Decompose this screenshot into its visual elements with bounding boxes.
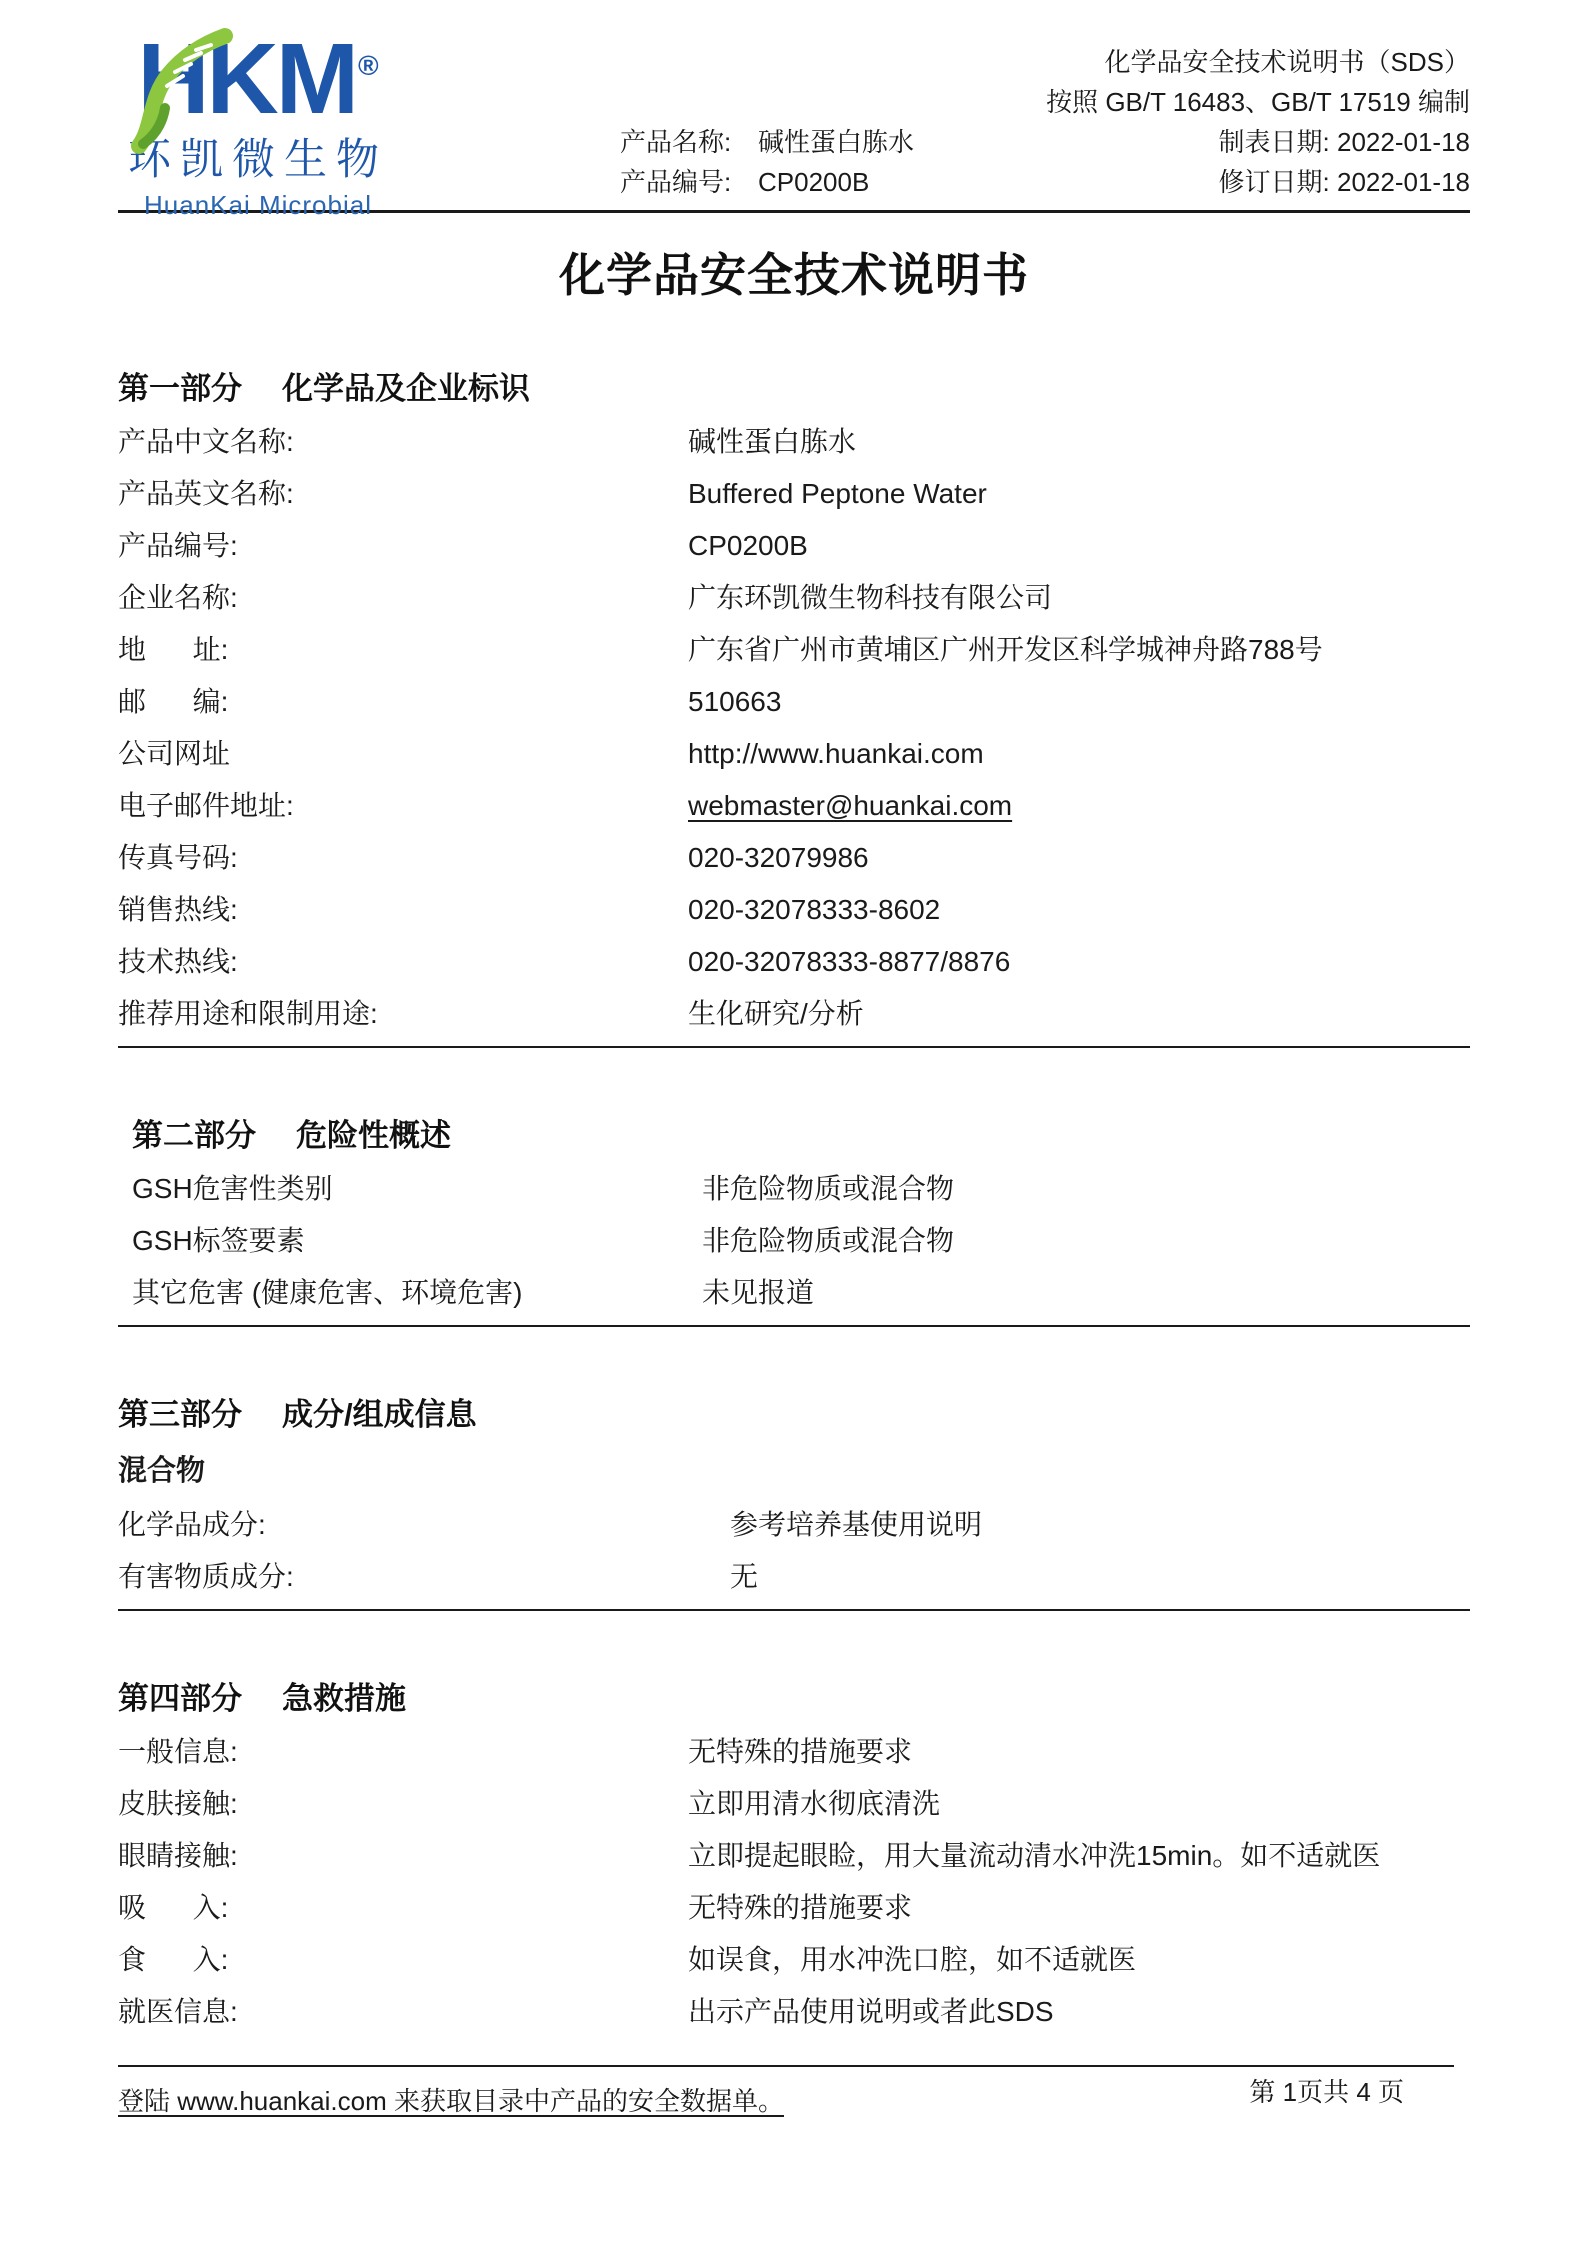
section-1-part: 第一部分: [118, 363, 242, 408]
field-label: 推荐用途和限制用途:: [118, 1000, 688, 1028]
product-code-value: CP0200B: [758, 162, 914, 202]
field-label: 地 址:: [118, 636, 688, 664]
field-row: 产品中文名称:碱性蛋白胨水: [118, 416, 1470, 468]
section-identification: 第一部分 化学品及企业标识 产品中文名称:碱性蛋白胨水 产品英文名称:Buffe…: [118, 363, 1470, 1048]
section-3-rows: 化学品成分:参考培养基使用说明 有害物质成分:无: [118, 1499, 1470, 1603]
section-3-title: 成分/组成信息: [282, 1389, 477, 1434]
field-row: 眼睛接触:立即提起眼睑，用大量流动清水冲洗15min。如不适就医: [118, 1830, 1470, 1882]
email-link[interactable]: webmaster@huankai.com: [688, 792, 1470, 820]
field-value: 020-32078333-8877/8876: [688, 948, 1470, 976]
field-value: 立即用清水彻底清洗: [688, 1790, 1470, 1818]
section-1-rows: 产品中文名称:碱性蛋白胨水 产品英文名称:Buffered Peptone Wa…: [118, 416, 1470, 1040]
section-2-heading: 第二部分 危险性概述: [132, 1110, 1470, 1155]
field-label: GSH危害性类别: [132, 1175, 702, 1203]
field-label: 眼睛接触:: [118, 1842, 688, 1870]
field-row: GSH标签要素非危险物质或混合物: [132, 1215, 1470, 1267]
field-label: 企业名称:: [118, 584, 688, 612]
field-row: 化学品成分:参考培养基使用说明: [118, 1499, 1470, 1551]
logo-cn-name: 环凯微生物: [108, 126, 408, 187]
field-value: 参考培养基使用说明: [730, 1511, 1470, 1539]
created-date: 制表日期: 2022-01-18: [1046, 122, 1470, 162]
logo-en-name: HuanKai Microbial: [108, 190, 408, 221]
field-value: Buffered Peptone Water: [688, 480, 1470, 508]
field-value: 立即提起眼睑，用大量流动清水冲洗15min。如不适就医: [688, 1842, 1470, 1870]
section-2-part: 第二部分: [132, 1110, 256, 1155]
section-divider: [118, 1046, 1470, 1048]
registered-mark-icon: ®: [358, 50, 379, 81]
field-label: 公司网址: [118, 740, 688, 768]
field-row: 吸 入:无特殊的措施要求: [118, 1882, 1470, 1934]
section-3-part: 第三部分: [118, 1389, 242, 1434]
field-label: 销售热线:: [118, 896, 688, 924]
section-4-rows: 一般信息:无特殊的措施要求 皮肤接触:立即用清水彻底清洗 眼睛接触:立即提起眼睑…: [118, 1726, 1470, 2038]
field-value: 510663: [688, 688, 1470, 716]
logo-text: HKM: [137, 23, 356, 135]
section-hazards: 第二部分 危险性概述 GSH危害性类别非危险物质或混合物 GSH标签要素非危险物…: [118, 1110, 1470, 1327]
field-row: 传真号码:020-32079986: [118, 832, 1470, 884]
field-row: 食 入:如误食，用水冲洗口腔，如不适就医: [118, 1934, 1470, 1986]
section-divider: [118, 1609, 1470, 1611]
section-1-heading: 第一部分 化学品及企业标识: [118, 363, 1470, 408]
field-row: 皮肤接触:立即用清水彻底清洗: [118, 1778, 1470, 1830]
section-3-heading: 第三部分 成分/组成信息: [118, 1389, 1470, 1434]
field-label: 化学品成分:: [118, 1511, 730, 1539]
field-label: 产品英文名称:: [118, 480, 688, 508]
product-name-label: 产品名称:: [620, 122, 758, 162]
field-label: 皮肤接触:: [118, 1790, 688, 1818]
field-row: 技术热线:020-32078333-8877/8876: [118, 936, 1470, 988]
section-2-title: 危险性概述: [296, 1110, 451, 1155]
field-label: 有害物质成分:: [118, 1563, 730, 1591]
section-1-title: 化学品及企业标识: [282, 363, 530, 408]
field-row: 有害物质成分:无: [118, 1551, 1470, 1603]
field-label: 就医信息:: [118, 1998, 688, 2026]
field-row: 推荐用途和限制用途:生化研究/分析: [118, 988, 1470, 1040]
field-label: 传真号码:: [118, 844, 688, 872]
field-value: 非危险物质或混合物: [702, 1175, 1470, 1203]
header-product-block: 产品名称: 碱性蛋白胨水 产品编号: CP0200B: [620, 122, 914, 202]
footer-link[interactable]: 登陆 www.huankai.com 来获取目录中产品的安全数据单。: [118, 2081, 784, 2118]
field-value: 碱性蛋白胨水: [688, 428, 1470, 456]
field-label: 产品中文名称:: [118, 428, 688, 456]
field-row: 地 址:广东省广州市黄埔区广州开发区科学城神舟路788号: [118, 624, 1470, 676]
field-value: CP0200B: [688, 532, 1470, 560]
header-meta-block: 化学品安全技术说明书（SDS） 按照 GB/T 16483、GB/T 17519…: [1046, 42, 1470, 202]
logo-mark: HKM®: [137, 34, 378, 124]
field-label: 产品编号:: [118, 532, 688, 560]
footer-row: 登陆 www.huankai.com 来获取目录中产品的安全数据单。 第 1页共…: [118, 2067, 1454, 2118]
field-value: 无: [730, 1563, 1470, 1591]
revised-date: 修订日期: 2022-01-18: [1046, 162, 1470, 202]
field-row: 公司网址http://www.huankai.com: [118, 728, 1470, 780]
hkm-logo: HKM® 环凯微生物 HuanKai Microbial: [108, 34, 408, 221]
section-2-rows: GSH危害性类别非危险物质或混合物 GSH标签要素非危险物质或混合物 其它危害 …: [132, 1163, 1470, 1319]
field-value: 广东省广州市黄埔区广州开发区科学城神舟路788号: [688, 636, 1470, 664]
field-row: 其它危害 (健康危害、环境危害)未见报道: [132, 1267, 1470, 1319]
page-header: HKM® 环凯微生物 HuanKai Microbial 产品名称: 碱性蛋白胨…: [118, 0, 1470, 210]
field-value: 非危险物质或混合物: [702, 1227, 1470, 1255]
field-label: 一般信息:: [118, 1738, 688, 1766]
section-first-aid: 第四部分 急救措施 一般信息:无特殊的措施要求 皮肤接触:立即用清水彻底清洗 眼…: [118, 1673, 1470, 2038]
section-4-heading: 第四部分 急救措施: [118, 1673, 1470, 1718]
website-url: http://www.huankai.com: [688, 740, 1470, 768]
field-row: 邮 编:510663: [118, 676, 1470, 728]
field-row: 产品英文名称:Buffered Peptone Water: [118, 468, 1470, 520]
sds-page: HKM® 环凯微生物 HuanKai Microbial 产品名称: 碱性蛋白胨…: [0, 0, 1587, 2245]
sds-doc-type: 化学品安全技术说明书（SDS）: [1046, 42, 1470, 82]
field-row: 就医信息:出示产品使用说明或者此SDS: [118, 1986, 1470, 2038]
field-row: 销售热线:020-32078333-8602: [118, 884, 1470, 936]
field-row: 一般信息:无特殊的措施要求: [118, 1726, 1470, 1778]
field-label: 其它危害 (健康危害、环境危害): [132, 1279, 702, 1307]
mixture-subheading: 混合物: [118, 1438, 1470, 1499]
section-composition: 第三部分 成分/组成信息 混合物 化学品成分:参考培养基使用说明 有害物质成分:…: [118, 1389, 1470, 1611]
field-value: 如误食，用水冲洗口腔，如不适就医: [688, 1946, 1470, 1974]
section-divider: [118, 1325, 1470, 1327]
document-title: 化学品安全技术说明书: [118, 239, 1470, 305]
page-footer: 登陆 www.huankai.com 来获取目录中产品的安全数据单。 第 1页共…: [118, 2065, 1454, 2118]
field-label: 技术热线:: [118, 948, 688, 976]
field-label: 吸 入:: [118, 1894, 688, 1922]
field-value: 生化研究/分析: [688, 1000, 1470, 1028]
product-name-value: 碱性蛋白胨水: [758, 122, 914, 162]
field-value: 未见报道: [702, 1279, 1470, 1307]
field-label: 电子邮件地址:: [118, 792, 688, 820]
section-4-part: 第四部分: [118, 1673, 242, 1718]
sds-standard: 按照 GB/T 16483、GB/T 17519 编制: [1046, 82, 1470, 122]
field-label: GSH标签要素: [132, 1227, 702, 1255]
field-row: 企业名称:广东环凯微生物科技有限公司: [118, 572, 1470, 624]
page-number: 第 1页共 4 页: [1249, 2072, 1454, 2109]
field-value: 020-32079986: [688, 844, 1470, 872]
field-row: GSH危害性类别非危险物质或混合物: [132, 1163, 1470, 1215]
field-row: 产品编号:CP0200B: [118, 520, 1470, 572]
field-label: 邮 编:: [118, 688, 688, 716]
field-value: 020-32078333-8602: [688, 896, 1470, 924]
field-value: 无特殊的措施要求: [688, 1738, 1470, 1766]
field-value: 无特殊的措施要求: [688, 1894, 1470, 1922]
field-row: 电子邮件地址:webmaster@huankai.com: [118, 780, 1470, 832]
product-code-label: 产品编号:: [620, 162, 758, 202]
field-value: 出示产品使用说明或者此SDS: [688, 1998, 1470, 2026]
field-label: 食 入:: [118, 1946, 688, 1974]
section-4-title: 急救措施: [282, 1673, 406, 1718]
field-value: 广东环凯微生物科技有限公司: [688, 584, 1470, 612]
